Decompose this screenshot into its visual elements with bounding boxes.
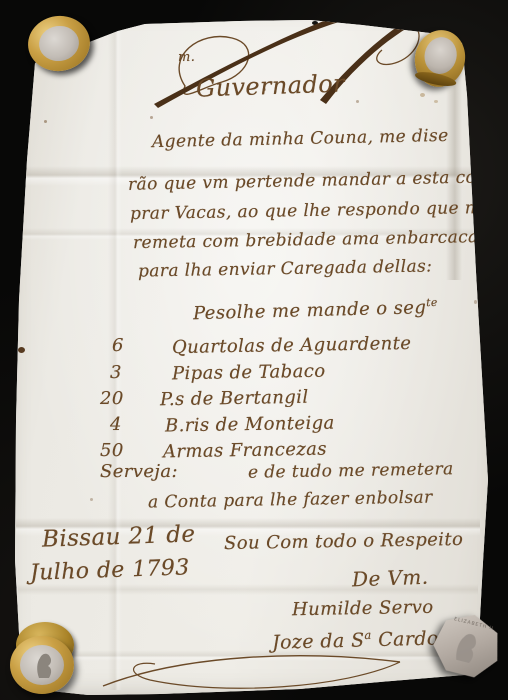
beer-label: Serveja: [100,461,178,482]
salutation: Guvernador [196,69,346,102]
closing-respect: Sou Com todo o Respeito [224,529,464,554]
list-qty: 50 [100,440,124,461]
one-pound-coin-stack-bottom-left [6,620,80,700]
list-item: Quartolas de Aguardente [172,333,412,358]
list-item: Armas Francezas [163,439,327,463]
photo-background: m. Guvernador Agente da minha Couna, me … [0,0,508,700]
ink-stain [474,300,477,304]
ink-stain [434,100,438,103]
dateline-place: Bissau 21 de [42,521,196,552]
ink-stain [150,116,153,119]
closing-servant: Humilde Servo [292,597,434,620]
ink-stain [90,498,93,501]
beer-remit-text: e de tudo me remetera [248,459,454,483]
signature-paraph-swash [95,648,435,693]
closing-de-vm: De Vm. [352,565,429,592]
queen-portrait-icon [28,649,58,681]
ink-stain [44,120,47,123]
request-superscript: te [426,296,438,309]
salutation-superscript: m. [178,50,195,65]
list-item: B.ris de Monteiga [165,413,335,437]
list-item: P.s de Bertangil [160,387,309,411]
coin-front-of-stack [10,636,74,694]
list-qty: 4 [110,414,122,435]
list-qty: 20 [100,388,124,409]
list-qty: 3 [110,362,122,383]
salutation-flourish-swash [130,16,430,116]
list-item: Pipas de Tabaco [172,361,326,385]
letter-paper: m. Guvernador Agente da minha Couna, me … [0,0,508,700]
ink-stain [18,347,25,353]
list-qty: 6 [112,335,124,356]
